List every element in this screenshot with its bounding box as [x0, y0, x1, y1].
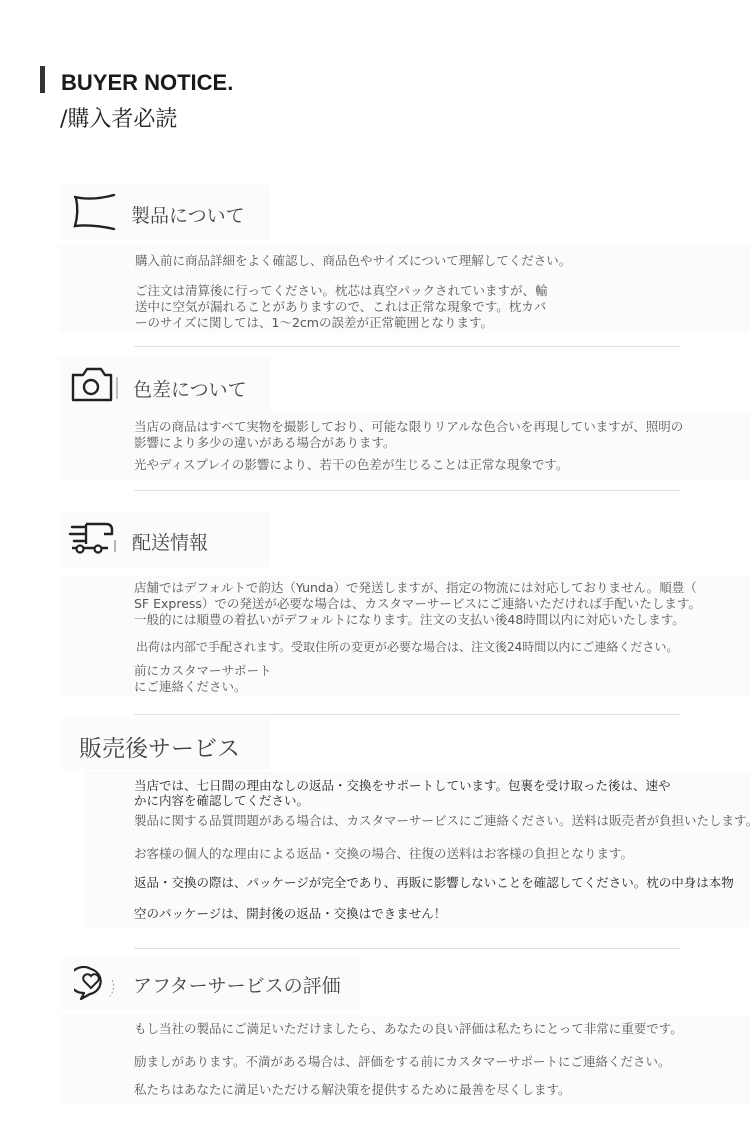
- paragraph: かに内容を確認してください。: [134, 793, 309, 809]
- paragraph: 製品に関する品質問題がある場合は、カスタマーサービスにご連絡ください。送料は販売…: [134, 813, 750, 829]
- camera-icon: [71, 367, 123, 403]
- paragraph: お客様の個人的な理由による返品・交換の場合、往復の送料はお客様の負担となります。: [134, 846, 633, 862]
- section-divider: [134, 714, 680, 715]
- paragraph: SF Express）での発送が必要な場合は、カスタマーサービスにご連絡いただけ…: [134, 596, 701, 612]
- header-accent-bar: [40, 66, 45, 93]
- delivery-truck-icon: [68, 520, 122, 556]
- paragraph: 返品・交換の際は、パッケージが完全であり、再販に影響しないことを確認してください…: [134, 875, 734, 891]
- section-title-review: アフターサービスの評価: [133, 971, 341, 998]
- paragraph: 光やディスプレイの影響により、若干の色差が生じることは正常な現象です。: [134, 457, 568, 473]
- paragraph: にご連絡ください。: [134, 679, 247, 695]
- paragraph: 私たちはあなたに満足いただける解決策を提供するために最善を尽くします。: [134, 1082, 571, 1098]
- paragraph: 影響により多少の違いがある場合があります。: [134, 435, 396, 451]
- pillow-icon: [72, 192, 118, 232]
- paragraph: 送中に空気が漏れることがありますので、これは正常な現象です。枕カバ: [135, 299, 546, 315]
- section-divider: [134, 346, 680, 347]
- paragraph: 励ましがあります。不満がある場合は、評価をする前にカスタマーサポートにご連絡くだ…: [134, 1054, 671, 1070]
- section-divider: [134, 948, 680, 949]
- page-title: BUYER NOTICE.: [61, 70, 233, 96]
- paragraph: 当店の商品はすべて実物を撮影しており、可能な限りリアルな色合いを再現していますが…: [134, 419, 683, 435]
- paragraph: ーのサイズに関しては、1〜2cmの誤差が正常範囲となります。: [135, 315, 493, 331]
- page-subtitle: /購入者必読: [60, 102, 177, 133]
- paragraph: もし当社の製品にご満足いただけましたら、あなたの良い評価は私たちにとって非常に重…: [134, 1021, 683, 1037]
- section-title-shipping: 配送情報: [132, 528, 208, 555]
- heart-speech-bubble-icon: [74, 966, 122, 1002]
- section-title-color-difference: 色差について: [133, 375, 247, 402]
- paragraph: 一般的には順豊の着払いがデフォルトになります。注文の支払い後48時間以内に対応い…: [134, 612, 685, 628]
- paragraph: 空のパッケージは、開封後の返品・交換はできません！: [134, 906, 446, 922]
- paragraph: 店舗ではデフォルトで韵达（Yunda）で発送しますが、指定の物流には対応しており…: [134, 580, 697, 596]
- section-title-product: 製品について: [131, 201, 245, 228]
- section-divider: [134, 490, 680, 491]
- paragraph: 前にカスタマーサポート: [134, 663, 272, 679]
- paragraph: 購入前に商品詳細をよく確認し、商品色やサイズについて理解してください。: [135, 253, 571, 269]
- paragraph: ご注文は清算後に行ってください。枕芯は真空パックされていますが、輸: [135, 283, 548, 299]
- paragraph: 当店では、七日間の理由なしの返品・交換をサポートしています。包裹を受け取った後は…: [134, 778, 671, 794]
- paragraph: 出荷は内部で手配されます。受取住所の変更が必要な場合は、注文後24時間以内にご連…: [136, 639, 678, 655]
- section-title-after-sales: 販売後サービス: [79, 730, 240, 763]
